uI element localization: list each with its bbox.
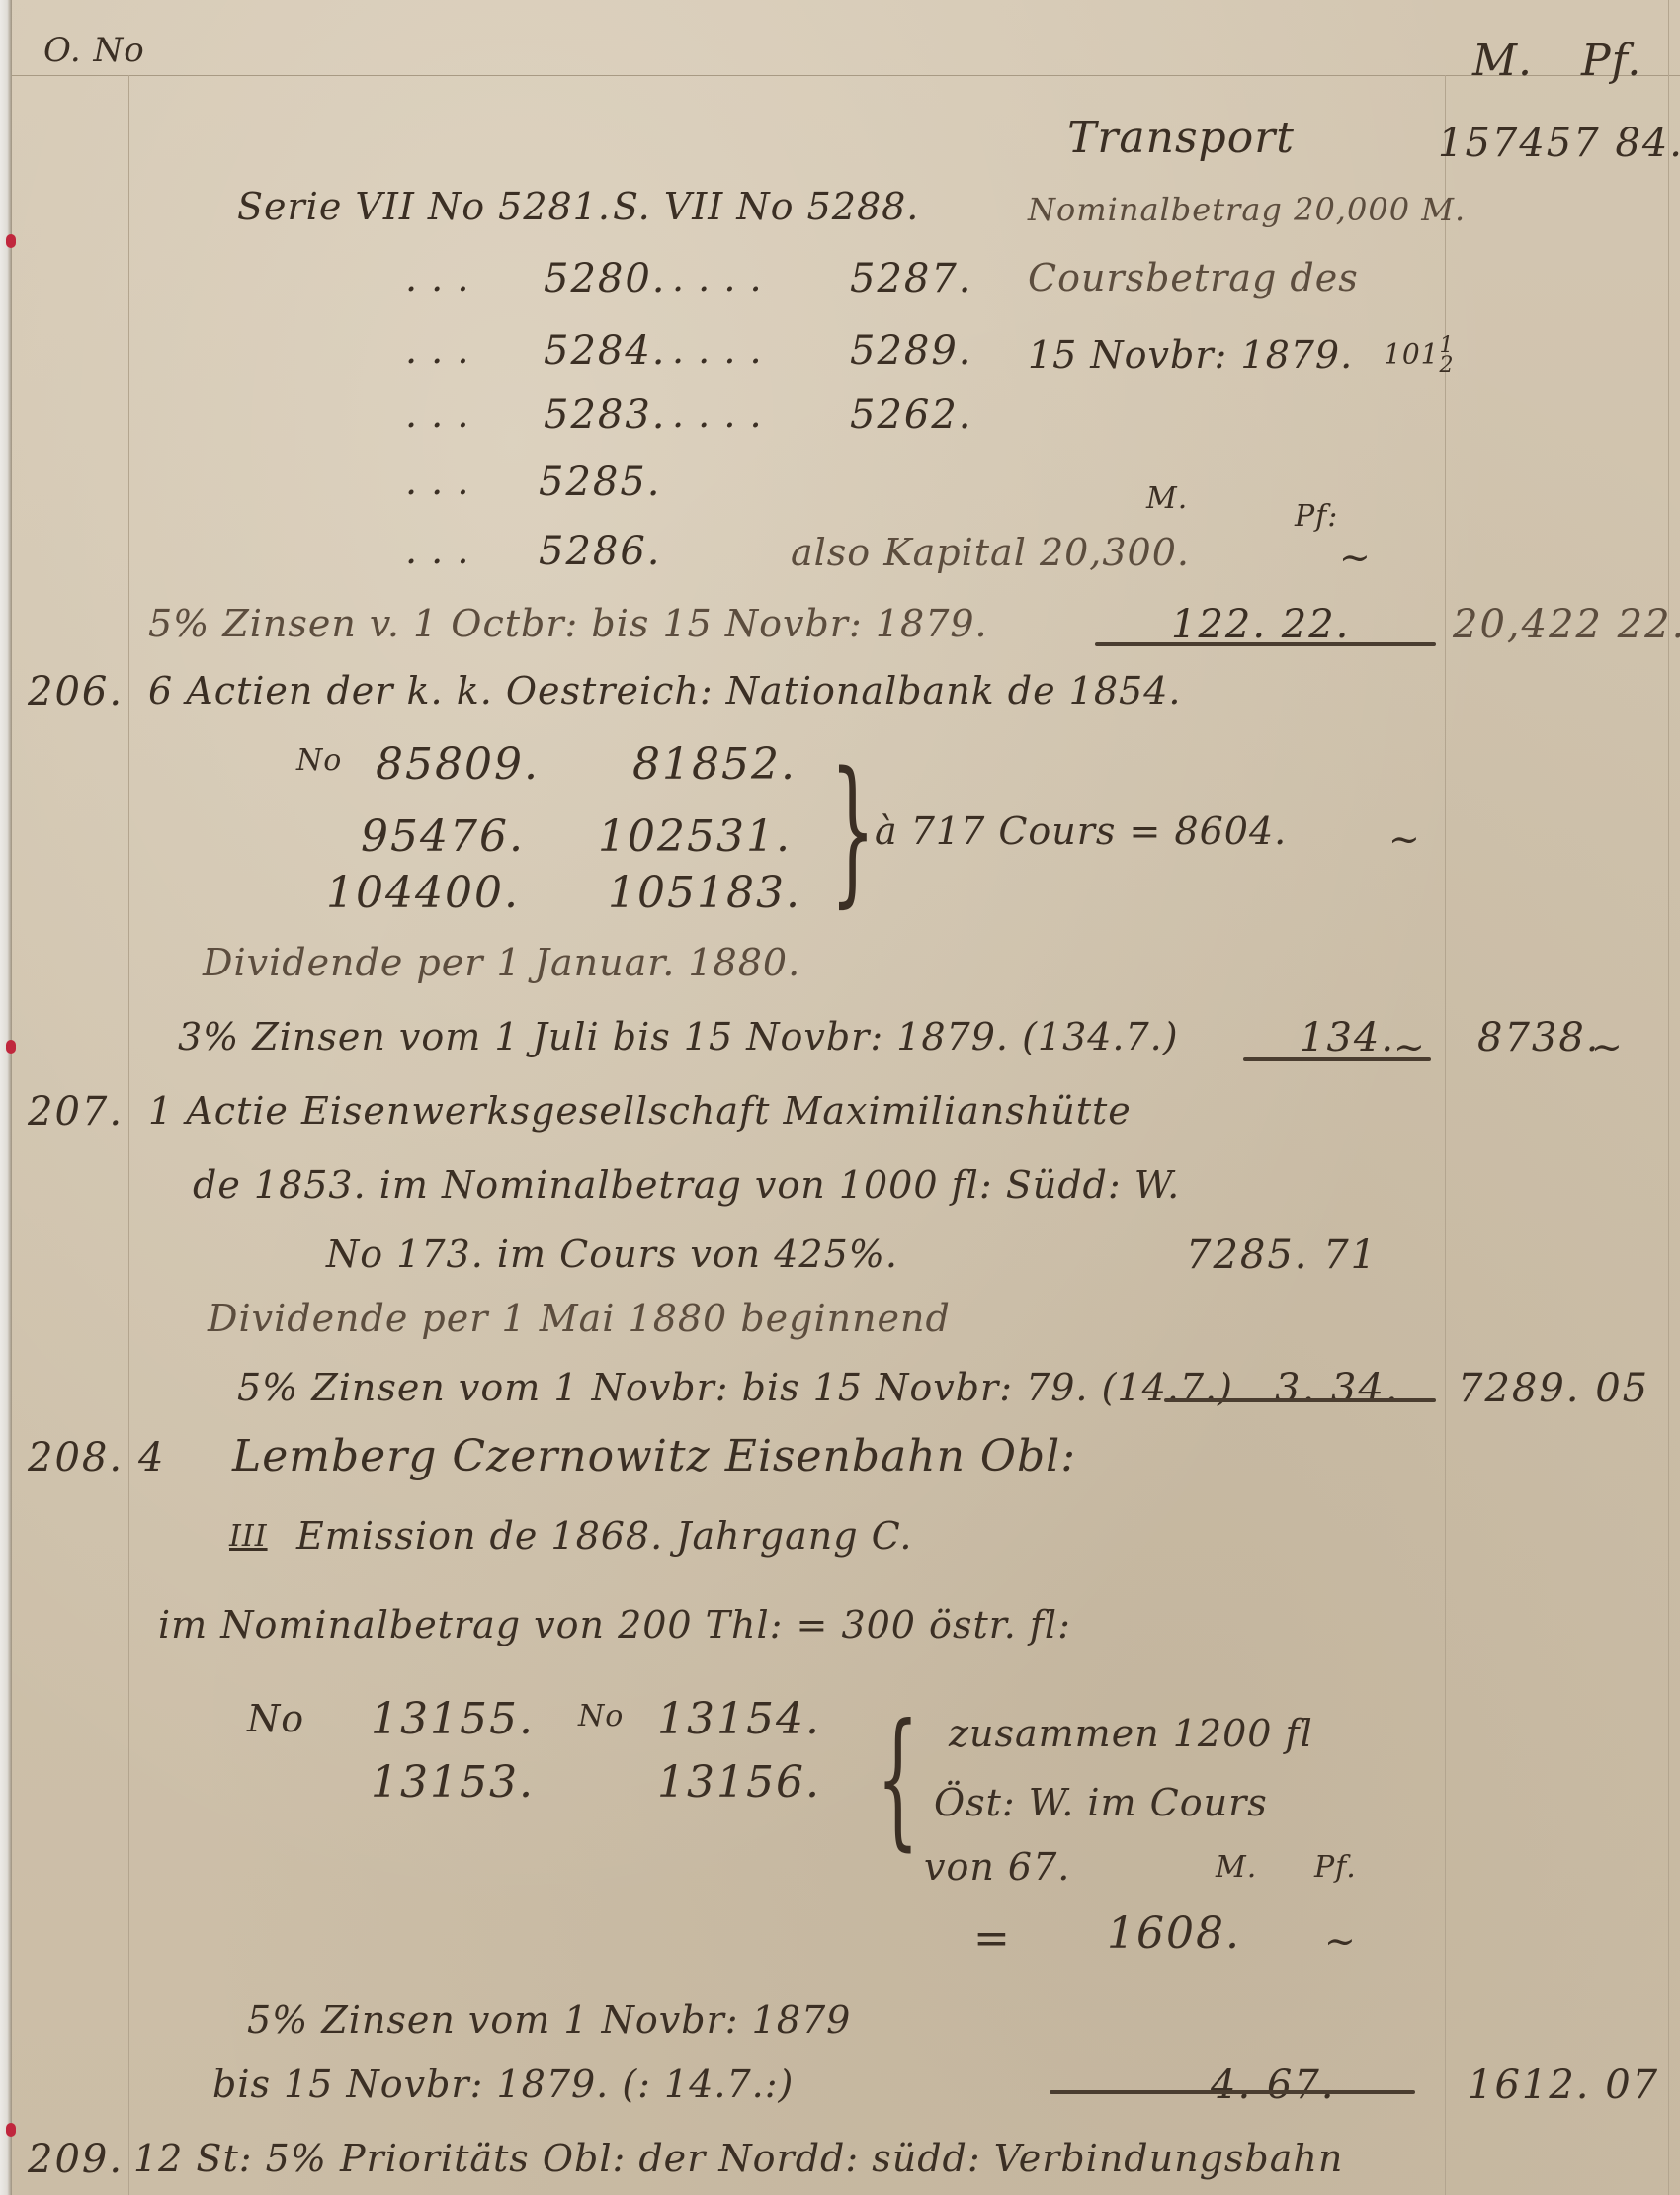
interest-amount: 122. 22.	[1171, 605, 1350, 644]
entry-number: 209.	[28, 2140, 124, 2179]
entry-total: 20,422 22.	[1453, 605, 1680, 644]
entry-detail: No 173. im Cours von 425%.	[326, 1235, 898, 1273]
entry-number: 208.	[28, 1438, 124, 1477]
entry-detail: Emission de 1868. Jahrgang C.	[296, 1517, 912, 1555]
serial-number: 5289.	[850, 331, 973, 371]
bond-number: 13154.	[657, 1698, 821, 1741]
dividend-line: Dividende per 1 Januar. 1880.	[203, 944, 800, 981]
column-header-mark: M.	[1472, 40, 1533, 83]
entry-detail: im Nominalbetrag von 200 Thl: = 300 östr…	[158, 1606, 1071, 1644]
capital-total: also Kapital 20,300.	[791, 534, 1190, 571]
number-label: No	[578, 1702, 624, 1731]
interest-amount: 4. 67.	[1211, 2066, 1336, 2105]
entry-total: 8738.	[1477, 1018, 1601, 1057]
serial-number: 5285.	[539, 463, 662, 502]
subtotal-underline	[1243, 1057, 1431, 1061]
binding-thread-mark	[6, 2123, 16, 2137]
transport-label: Transport	[1067, 117, 1295, 160]
serial-number: 5286.	[539, 532, 662, 571]
interest-line: 5% Zinsen vom 1 Novbr: bis 15 Novbr: 79.…	[237, 1369, 1233, 1406]
serial-number: 5284.	[544, 331, 667, 371]
entry-number: 206.	[28, 672, 124, 712]
binding-thread-mark	[6, 234, 16, 248]
entry-detail: de 1853. im Nominalbetrag von 1000 fl: S…	[193, 1166, 1180, 1204]
unit-pfennig: Pf.	[1314, 1853, 1357, 1883]
dash-mark: ~	[1339, 539, 1372, 576]
rate-value: 101	[1384, 337, 1439, 370]
serie-nominal: Nominalbetrag 20,000 M.	[1028, 194, 1466, 225]
unit-mark: M.	[1146, 484, 1188, 514]
dash-mark: ~	[1388, 820, 1421, 858]
converted-amount: 1608.	[1107, 1912, 1241, 1956]
subtotal-underline	[1050, 2090, 1415, 2094]
serial-number: 5287.	[850, 259, 973, 298]
share-number: 104400.	[326, 872, 520, 915]
dots: . . .	[405, 463, 469, 500]
column-header-pfennig: Pf.	[1581, 40, 1641, 83]
number-label: No	[247, 1700, 304, 1737]
subtotal-underline	[1095, 642, 1436, 646]
number-label: No	[296, 746, 342, 776]
unit-pfennig: Pf:	[1295, 502, 1338, 532]
course-label: Coursbetrag des	[1028, 259, 1359, 296]
fraction-denominator: 2	[1439, 353, 1454, 378]
equals-sign: =	[973, 1917, 1011, 1961]
grouping-brace: }	[830, 751, 876, 909]
header-rule	[12, 75, 1680, 76]
unit-mark: M.	[1216, 1853, 1257, 1883]
course-date: 15 Novbr: 1879.	[1028, 336, 1353, 374]
interest-line: 5% Zinsen v. 1 Octbr: bis 15 Novbr: 1879…	[148, 605, 988, 642]
entry-title: 1 Actie Eisenwerksgesellschaft Maximilia…	[148, 1092, 1132, 1130]
share-number: 102531.	[598, 815, 792, 859]
grouping-brace: }	[877, 1705, 919, 1853]
bond-number: 13153.	[371, 1761, 535, 1805]
column-header-number: O. No	[43, 34, 145, 67]
course-rate: 10112	[1384, 336, 1454, 376]
interest-amount: 134.	[1300, 1018, 1395, 1057]
serie-left: Serie VII No 5281.	[237, 188, 611, 225]
dash-mark: ~	[1324, 1922, 1357, 1960]
brace-text: Öst: W. im Cours	[934, 1784, 1268, 1821]
subtotal-underline	[1164, 1398, 1436, 1402]
share-number: 85809.	[376, 743, 540, 787]
dots: . . .	[405, 259, 469, 296]
emission-roman-numeral: III	[229, 1522, 268, 1552]
bond-number: 13156.	[657, 1761, 821, 1805]
dash-mark: ~	[1591, 1028, 1624, 1065]
dots: . . .	[405, 331, 469, 369]
rate-fraction: 12	[1439, 336, 1454, 376]
column-rule-right	[1668, 0, 1669, 2195]
entry-title: 6 Actien der k. k. Oestreich: Nationalba…	[148, 672, 1181, 710]
dots: . . .	[405, 395, 469, 433]
entry-number: 207.	[28, 1092, 124, 1132]
dividend-line: Dividende per 1 Mai 1880 beginnend	[208, 1300, 951, 1337]
interest-line: 5% Zinsen vom 1 Novbr: 1879	[247, 2001, 851, 2039]
interest-line: bis 15 Novbr: 1879. (: 14.7.:)	[212, 2066, 794, 2103]
entry-quantity: 4	[138, 1438, 165, 1477]
serial-number: 5283.	[544, 395, 667, 435]
share-number: 105183.	[608, 872, 801, 915]
dots: . . . .	[672, 259, 763, 296]
interest-line: 3% Zinsen vom 1 Juli bis 15 Novbr: 1879.…	[178, 1018, 1179, 1055]
serial-number: 5280.	[544, 259, 667, 298]
transport-amount: 157457 84.	[1438, 124, 1680, 163]
binding-thread-mark	[6, 1040, 16, 1054]
course-value: à 717 Cours = 8604.	[875, 812, 1287, 850]
share-number: 95476.	[361, 815, 525, 859]
bond-number: 13155.	[371, 1698, 535, 1741]
course-amount: 7285. 71	[1186, 1235, 1378, 1275]
column-rule-amount	[1445, 75, 1446, 2195]
dots: . . . .	[672, 331, 763, 369]
page-left-edge	[0, 0, 12, 2195]
share-number: 81852.	[632, 743, 797, 787]
dots: . . .	[405, 532, 469, 569]
serial-number: 5262.	[850, 395, 973, 435]
entry-title: Lemberg Czernowitz Eisenbahn Obl:	[232, 1435, 1076, 1478]
entry-total: 1612. 07	[1468, 2066, 1659, 2105]
brace-text: zusammen 1200 fl	[949, 1715, 1313, 1752]
serie-mid: S. VII No 5288.	[613, 188, 919, 225]
column-rule-number	[128, 75, 129, 2195]
brace-text: von 67.	[924, 1848, 1070, 1886]
entry-title: 12 St: 5% Prioritäts Obl: der Nordd: süd…	[133, 2140, 1343, 2177]
interest-amount: 3. 34.	[1275, 1369, 1400, 1408]
entry-total: 7289. 05	[1458, 1369, 1649, 1408]
dots: . . . .	[672, 395, 763, 433]
